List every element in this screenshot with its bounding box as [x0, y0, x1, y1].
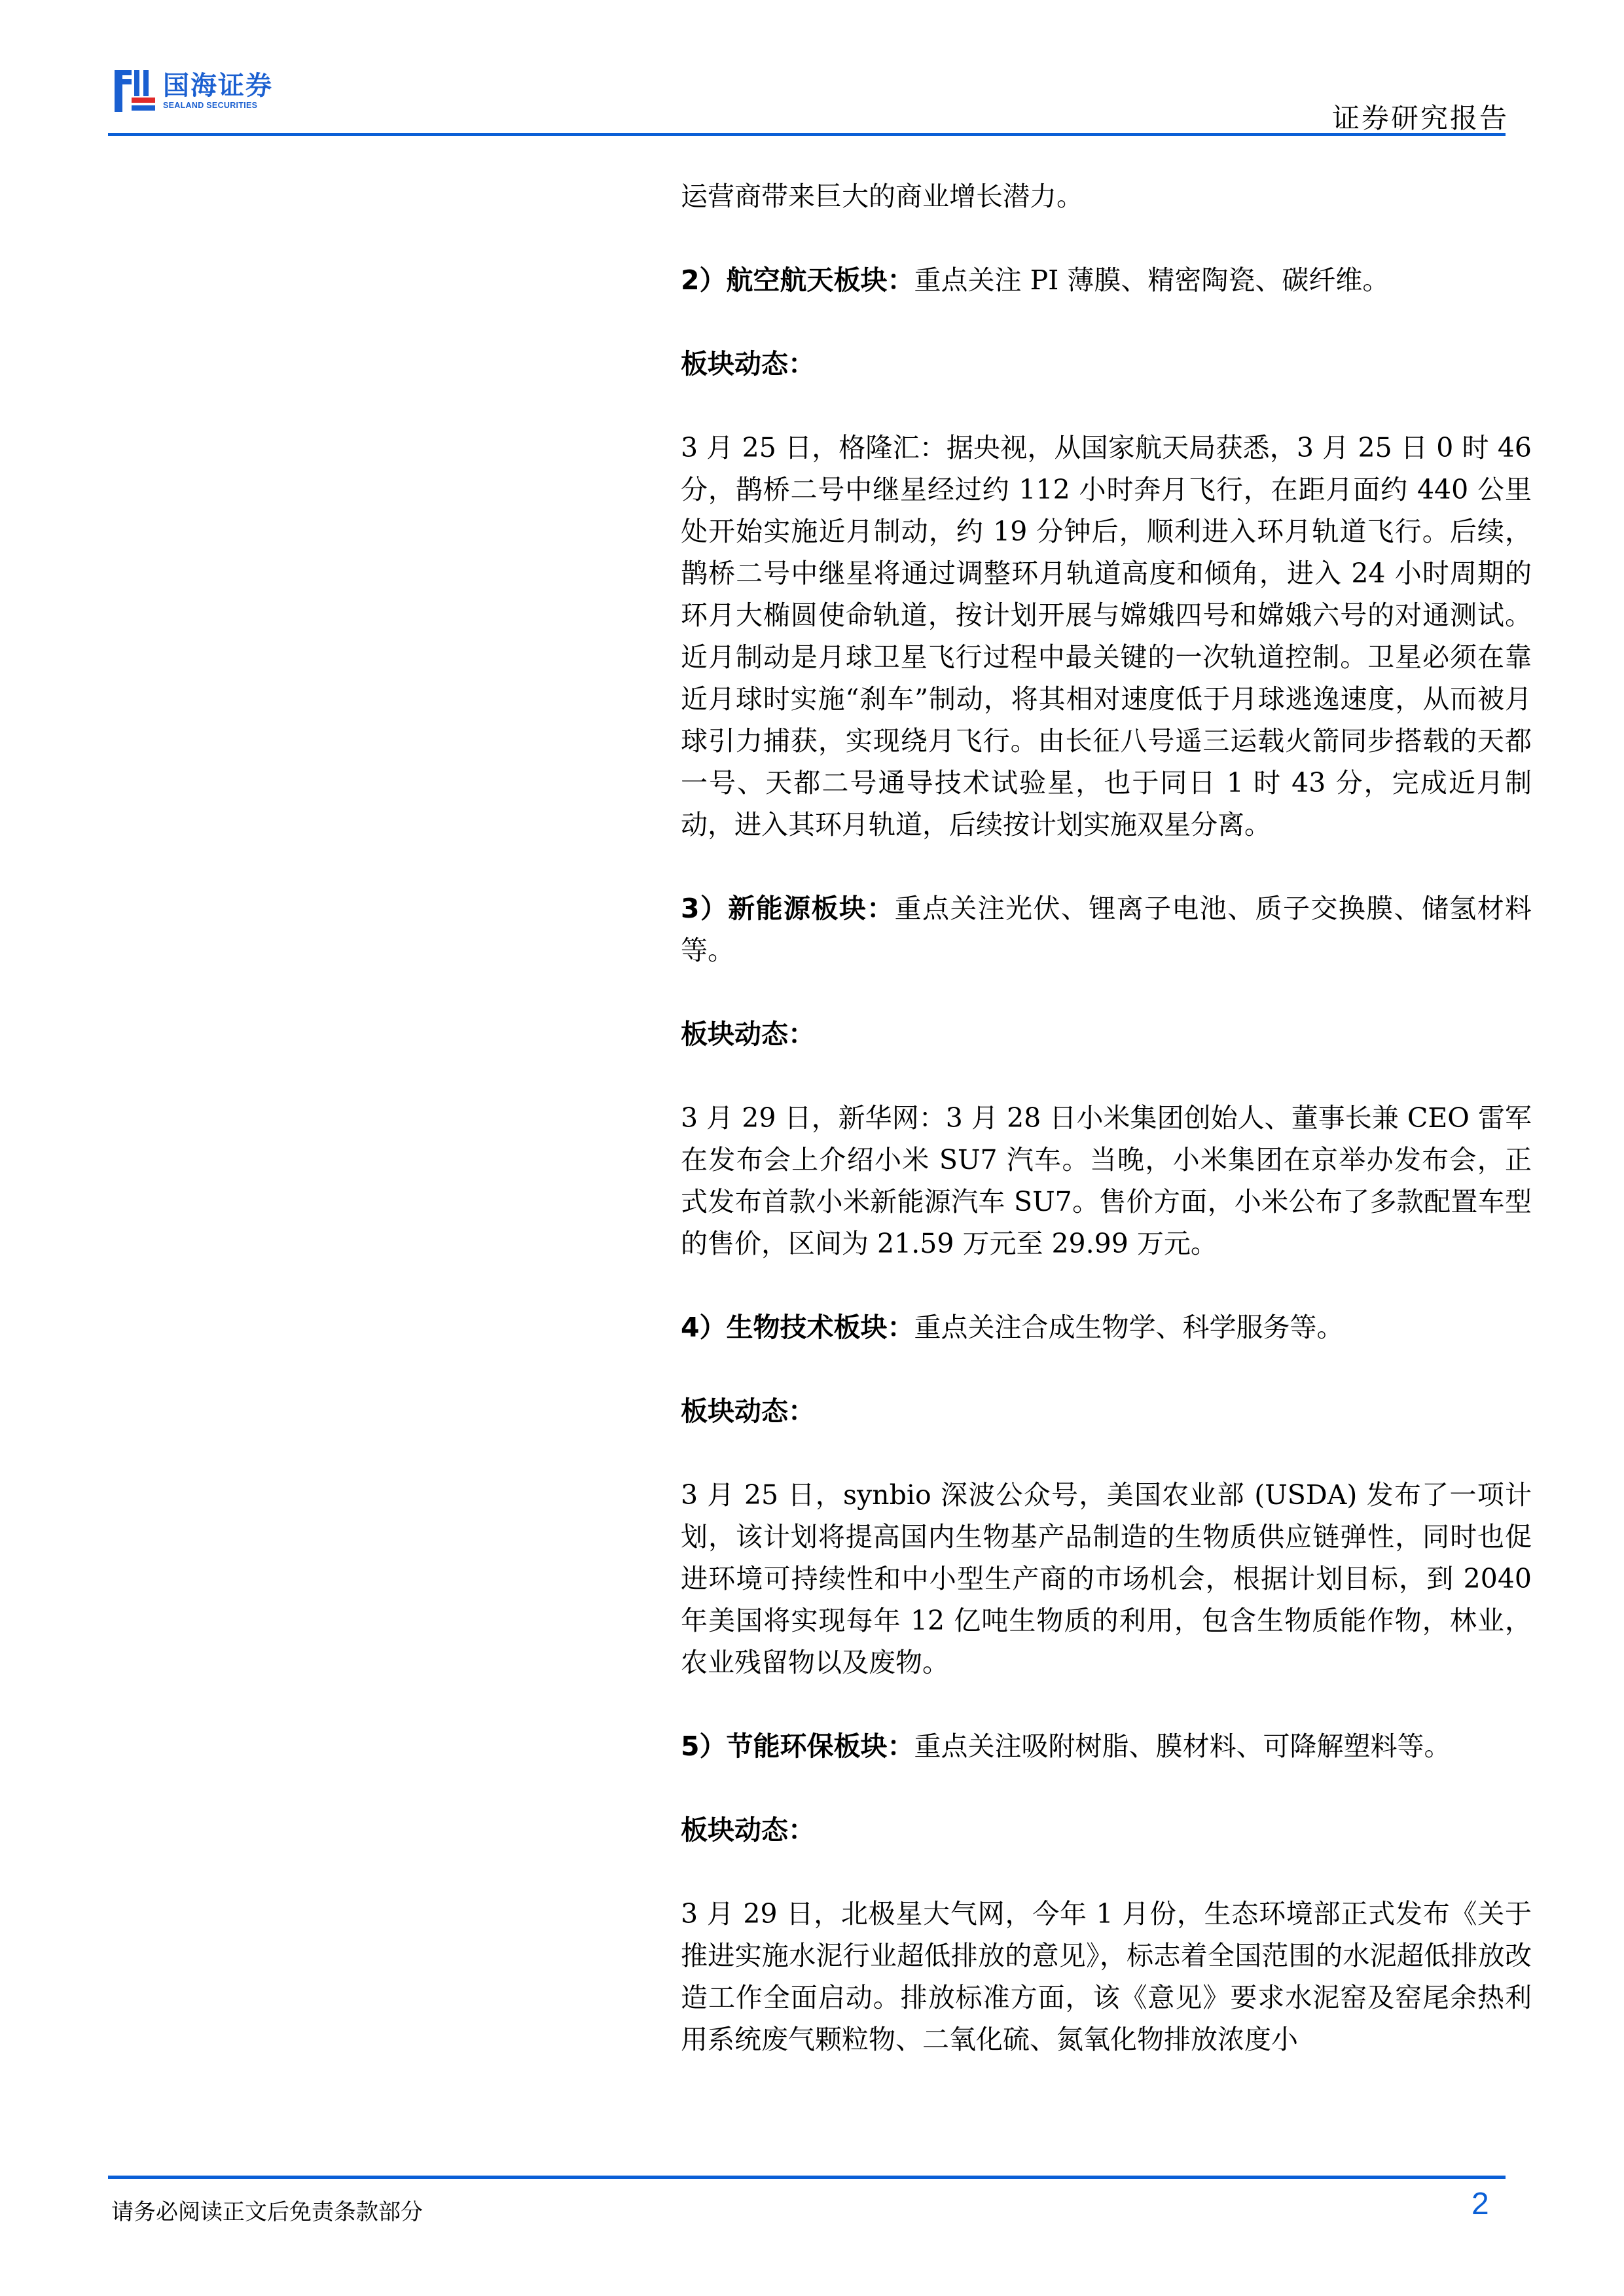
logo-chinese-name: 国海证券 [163, 73, 273, 99]
section-focus-text: 重点关注 PI 薄膜、精密陶瓷、碳纤维。 [914, 264, 1390, 296]
report-type-label: 证券研究报告 [1332, 97, 1509, 136]
footer-divider [108, 2176, 1506, 2179]
section-heading: 2）航空航天板块： [681, 264, 914, 296]
disclaimer-note: 请务必阅读正文后免责条款部分 [111, 2194, 423, 2226]
section-biotech-focus: 4）生物技术板块：重点关注合成生物学、科学服务等。 [681, 1306, 1532, 1348]
section-environmental-news: 3 月 29 日，北极星大气网，今年 1 月份，生态环境部正式发布《关于推进实施… [681, 1893, 1532, 2060]
dynamics-label: 板块动态： [681, 1390, 1532, 1432]
section-new-energy-focus: 3）新能源板块：重点关注光伏、锂离子电池、质子交换膜、储氢材料等。 [681, 888, 1532, 971]
sealand-logo-icon [115, 70, 155, 112]
header-divider [108, 133, 1506, 136]
section-aerospace-focus: 2）航空航天板块：重点关注 PI 薄膜、精密陶瓷、碳纤维。 [681, 259, 1532, 301]
dynamics-label: 板块动态： [681, 1809, 1532, 1851]
section-aerospace-news: 3 月 25 日，格隆汇：据央视，从国家航天局获悉，3 月 25 日 0 时 4… [681, 427, 1532, 846]
section-heading: 3）新能源板块： [681, 893, 895, 924]
section-new-energy-news: 3 月 29 日，新华网：3 月 28 日小米集团创始人、董事长兼 CEO 雷军… [681, 1097, 1532, 1265]
section-heading: 4）生物技术板块： [681, 1312, 914, 1343]
logo-english-name: SEALAND SECURITIES [163, 101, 273, 110]
section-environmental-focus: 5）节能环保板块：重点关注吸附树脂、膜材料、可降解塑料等。 [681, 1725, 1532, 1767]
section-heading: 5）节能环保板块： [681, 1731, 914, 1762]
continuation-paragraph: 运营商带来巨大的商业增长潜力。 [681, 175, 1532, 217]
report-body: 运营商带来巨大的商业增长潜力。 2）航空航天板块：重点关注 PI 薄膜、精密陶瓷… [681, 175, 1532, 2102]
section-biotech-news: 3 月 25 日，synbio 深波公众号，美国农业部 (USDA) 发布了一项… [681, 1474, 1532, 1683]
dynamics-label: 板块动态： [681, 343, 1532, 385]
section-focus-text: 重点关注合成生物学、科学服务等。 [914, 1312, 1344, 1343]
company-logo: 国海证券 SEALAND SECURITIES [115, 69, 285, 113]
section-focus-text: 重点关注吸附树脂、膜材料、可降解塑料等。 [914, 1731, 1451, 1762]
page-number: 2 [1471, 2186, 1489, 2222]
dynamics-label: 板块动态： [681, 1013, 1532, 1055]
